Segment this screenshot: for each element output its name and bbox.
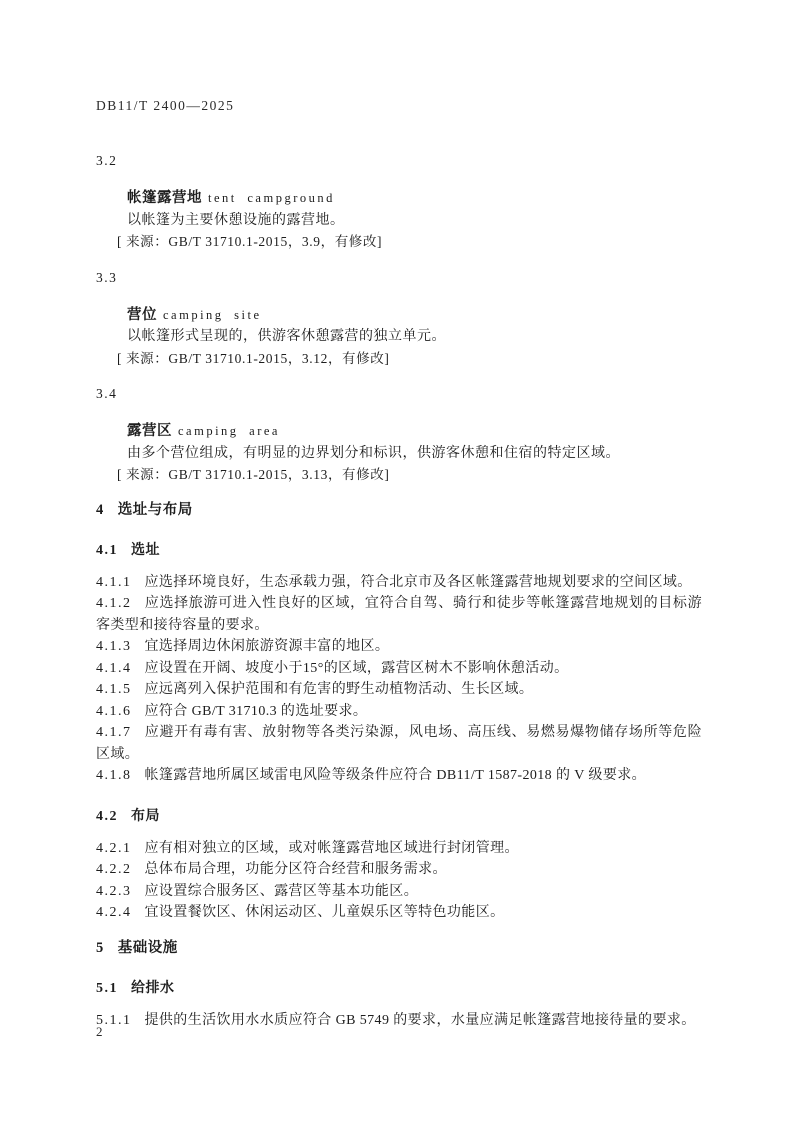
section-title-text: 给排水 — [131, 979, 175, 995]
clause-number: 4.1.6 — [96, 704, 132, 719]
clause-4-1-3: 4.1.3宜选择周边休闲旅游资源丰富的地区。 — [96, 636, 702, 658]
term-english: camping area — [178, 424, 280, 438]
clause-4-1-4: 4.1.4应设置在开阔、坡度小于15°的区域，露营区树木不影响休憩活动。 — [96, 658, 702, 680]
chapter-number: 5 — [96, 940, 105, 956]
section-title-text: 布局 — [131, 807, 160, 823]
clause-4-1-8: 4.1.8帐篷露营地所属区域雷电风险等级条件应符合 DB11/T 1587-20… — [96, 765, 702, 787]
term-number: 3.2 — [96, 150, 702, 171]
clause-number: 4.2.1 — [96, 841, 132, 856]
term-source: [ 来源：GB/T 31710.1-2015，3.9，有修改] — [96, 231, 702, 253]
document-code-header: DB11/T 2400—2025 — [96, 95, 702, 116]
clause-text: 提供的生活饮用水水质应符合 GB 5749 的要求，水量应满足帐篷露营地接待量的… — [145, 1013, 696, 1028]
clause-4-2-1: 4.2.1应有相对独立的区域，或对帐篷露营地区域进行封闭管理。 — [96, 838, 702, 860]
clause-number: 4.1.7 — [96, 725, 132, 740]
term-definition: 以帐篷为主要休憩设施的露营地。 — [96, 210, 702, 232]
clause-text: 应设置在开阔、坡度小于15°的区域，露营区树木不影响休憩活动。 — [145, 661, 569, 676]
term-number: 3.3 — [96, 267, 702, 288]
section-5-1-heading: 5.1给排水 — [96, 977, 702, 999]
clause-number: 4.1.3 — [96, 639, 132, 654]
term-english: camping site — [163, 308, 262, 322]
clause-number: 4.2.2 — [96, 862, 132, 877]
clause-number: 4.1.1 — [96, 575, 132, 590]
clause-text: 应有相对独立的区域，或对帐篷露营地区域进行封闭管理。 — [145, 841, 519, 856]
term-definition: 以帐篷形式呈现的，供游客休憩露营的独立单元。 — [96, 326, 702, 348]
clause-text: 应避开有毒有害、放射物等各类污染源，风电场、高压线、易燃易爆物储存场所等危险区域… — [96, 725, 702, 762]
term-title-line: 帐篷露营地tent campground — [96, 187, 702, 210]
section-5-1-clauses: 5.1.1提供的生活饮用水水质应符合 GB 5749 的要求，水量应满足帐篷露营… — [96, 1010, 702, 1032]
term-english: tent campground — [208, 191, 335, 205]
clause-number: 4.2.4 — [96, 905, 132, 920]
term-definition: 由多个营位组成，有明显的边界划分和标识，供游客休憩和住宿的特定区域。 — [96, 443, 702, 465]
document-page: DB11/T 2400—2025 3.2 帐篷露营地tent campgroun… — [0, 0, 793, 1123]
clause-number: 4.2.3 — [96, 884, 132, 899]
clause-text: 应符合 GB/T 31710.3 的选址要求。 — [145, 704, 368, 719]
section-4-1-clauses: 4.1.1应选择环境良好，生态承载力强，符合北京市及各区帐篷露营地规划要求的空间… — [96, 572, 702, 787]
clause-text: 应设置综合服务区、露营区等基本功能区。 — [145, 884, 419, 899]
clause-number: 4.1.8 — [96, 768, 132, 783]
chapter-4-heading: 4选址与布局 — [96, 500, 702, 521]
clause-number: 4.1.5 — [96, 682, 132, 697]
term-source: [ 来源：GB/T 31710.1-2015，3.12，有修改] — [96, 348, 702, 370]
clause-4-1-7: 4.1.7应避开有毒有害、放射物等各类污染源，风电场、高压线、易燃易爆物储存场所… — [96, 722, 702, 765]
clause-text: 应选择旅游可进入性良好的区域，宜符合自驾、骑行和徒步等帐篷露营地规划的目标游客类… — [96, 596, 702, 633]
clause-text: 应选择环境良好，生态承载力强，符合北京市及各区帐篷露营地规划要求的空间区域。 — [145, 575, 692, 590]
clause-4-1-1: 4.1.1应选择环境良好，生态承载力强，符合北京市及各区帐篷露营地规划要求的空间… — [96, 572, 702, 594]
term-chinese: 帐篷露营地 — [127, 190, 202, 206]
clause-number: 4.1.4 — [96, 661, 132, 676]
section-4-2-clauses: 4.2.1应有相对独立的区域，或对帐篷露营地区域进行封闭管理。 4.2.2总体布… — [96, 838, 702, 924]
section-4-2-heading: 4.2布局 — [96, 805, 702, 827]
section-number: 4.1 — [96, 543, 118, 558]
chapter-title-text: 选址与布局 — [118, 502, 193, 518]
clause-4-2-3: 4.2.3应设置综合服务区、露营区等基本功能区。 — [96, 881, 702, 903]
term-3-2: 3.2 帐篷露营地tent campground 以帐篷为主要休憩设施的露营地。… — [96, 150, 702, 253]
clause-text: 应远离列入保护范围和有危害的野生动植物活动、生长区域。 — [145, 682, 534, 697]
clause-4-1-5: 4.1.5应远离列入保护范围和有危害的野生动植物活动、生长区域。 — [96, 679, 702, 701]
term-title-line: 营位camping site — [96, 304, 702, 327]
clause-text: 宜选择周边休闲旅游资源丰富的地区。 — [145, 639, 390, 654]
term-source: [ 来源：GB/T 31710.1-2015，3.13，有修改] — [96, 464, 702, 486]
page-number: 2 — [96, 1024, 104, 1040]
clause-text: 帐篷露营地所属区域雷电风险等级条件应符合 DB11/T 1587-2018 的 … — [145, 768, 647, 783]
term-number: 3.4 — [96, 383, 702, 404]
clause-4-1-2: 4.1.2应选择旅游可进入性良好的区域，宜符合自驾、骑行和徒步等帐篷露营地规划的… — [96, 593, 702, 636]
term-3-3: 3.3 营位camping site 以帐篷形式呈现的，供游客休憩露营的独立单元… — [96, 267, 702, 370]
chapter-5-heading: 5基础设施 — [96, 938, 702, 959]
clause-text: 宜设置餐饮区、休闲运动区、儿童娱乐区等特色功能区。 — [145, 905, 505, 920]
chapter-title-text: 基础设施 — [118, 940, 178, 956]
chapter-number: 4 — [96, 502, 105, 518]
section-number: 5.1 — [96, 981, 118, 996]
section-title-text: 选址 — [131, 541, 160, 557]
clause-5-1-1: 5.1.1提供的生活饮用水水质应符合 GB 5749 的要求，水量应满足帐篷露营… — [96, 1010, 702, 1032]
page-content: DB11/T 2400—2025 3.2 帐篷露营地tent campgroun… — [96, 95, 702, 1031]
section-4-1-heading: 4.1选址 — [96, 539, 702, 561]
term-chinese: 营位 — [127, 307, 157, 323]
clause-number: 4.1.2 — [96, 596, 132, 611]
clause-text: 总体布局合理，功能分区符合经营和服务需求。 — [145, 862, 447, 877]
term-3-4: 3.4 露营区camping area 由多个营位组成，有明显的边界划分和标识，… — [96, 383, 702, 486]
clause-4-1-6: 4.1.6应符合 GB/T 31710.3 的选址要求。 — [96, 701, 702, 723]
clause-4-2-2: 4.2.2总体布局合理，功能分区符合经营和服务需求。 — [96, 859, 702, 881]
section-number: 4.2 — [96, 809, 118, 824]
term-title-line: 露营区camping area — [96, 420, 702, 443]
clause-4-2-4: 4.2.4宜设置餐饮区、休闲运动区、儿童娱乐区等特色功能区。 — [96, 902, 702, 924]
term-chinese: 露营区 — [127, 423, 172, 439]
